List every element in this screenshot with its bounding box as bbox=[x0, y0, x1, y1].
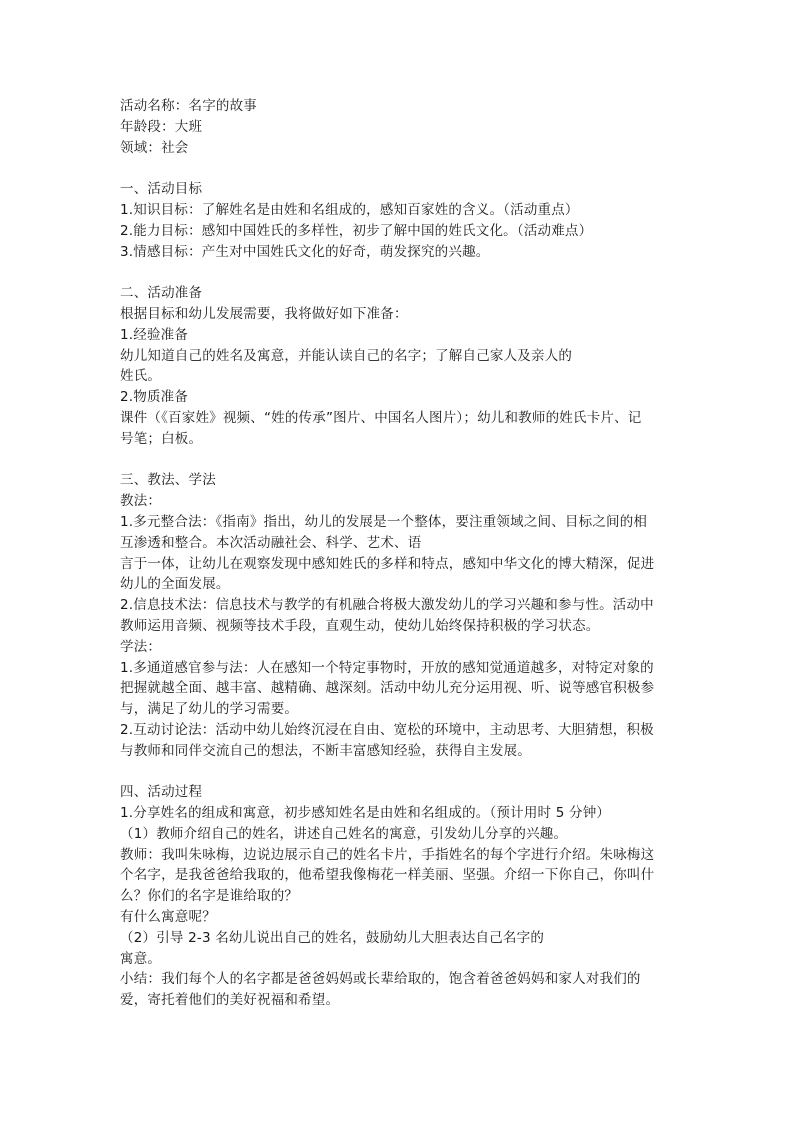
step-title: 1.分享姓名的组成和寓意，初步感知姓名是由姓和名组成的。（预计用时 5 分钟） bbox=[120, 803, 695, 824]
paragraph-line: 言于一体，让幼儿在观察发现中感知姓氏的多样和特点，感知中华文化的博大精深，促进 bbox=[120, 554, 695, 575]
activity-name: 活动名称：名字的故事 bbox=[120, 96, 695, 117]
section1-title: 一、活动目标 bbox=[120, 179, 695, 200]
domain-field: 领域：社会 bbox=[120, 138, 695, 159]
goal-item: 1.知识目标：了解姓名是由姓和名组成的，感知百家姓的含义。（活动重点） bbox=[120, 200, 695, 221]
paragraph-line: 小结：我们每个人的名字都是爸爸妈妈或长辈给取的，饱含着爸爸妈妈和家人对我们的 bbox=[120, 969, 695, 990]
learning-label: 学法： bbox=[120, 637, 695, 658]
paragraph-line: 教师：我叫朱咏梅，边说边展示自己的姓名卡片，手指姓名的每个字进行介绍。朱咏梅这 bbox=[120, 845, 695, 866]
paragraph-line: 号笔；白板。 bbox=[120, 429, 695, 450]
paragraph-line: 把握就越全面、越丰富、越精确、越深刻。活动中幼儿充分运用视、听、说等感官积极参 bbox=[120, 678, 695, 699]
prep-sub1-title: 1.经验准备 bbox=[120, 325, 695, 346]
paragraph-line: 个名字，是我爸爸给我取的，他希望我像梅花一样美丽、坚强。介绍一下你自己，你叫什 bbox=[120, 865, 695, 886]
paragraph-line: 幼儿知道自己的姓名及寓意，并能认读自己的名字；了解自己家人及亲人的 bbox=[120, 346, 695, 367]
paragraph-line: 爱，寄托着他们的美好祝福和希望。 bbox=[120, 990, 695, 1011]
paragraph-line: 2.互动讨论法：活动中幼儿始终沉浸在自由、宽松的环境中，主动思考、大胆猜想，积极 bbox=[120, 720, 695, 741]
section4-title: 四、活动过程 bbox=[120, 782, 695, 803]
age-group: 年龄段：大班 bbox=[120, 117, 695, 138]
spacer bbox=[120, 262, 695, 283]
paragraph-line: 1.多元整合法：《指南》指出，幼儿的发展是一个整体，要注重领域之间、目标之间的相 bbox=[120, 512, 695, 533]
document-page: 活动名称：名字的故事 年龄段：大班 领域：社会 一、活动目标 1.知识目标：了解… bbox=[120, 96, 695, 1011]
paragraph-line: 课件（《百家姓》视频、“姓的传承”图片、中国名人图片）；幼儿和教师的姓氏卡片、记 bbox=[120, 408, 695, 429]
section2-title: 二、活动准备 bbox=[120, 283, 695, 304]
goal-item: 3.情感目标：产生对中国姓氏文化的好奇，萌发探究的兴趣。 bbox=[120, 242, 695, 263]
teaching-label: 教法： bbox=[120, 491, 695, 512]
paragraph-line: 1.多通道感官参与法：人在感知一个特定事物时，开放的感知觉通道越多，对特定对象的 bbox=[120, 658, 695, 679]
paragraph-line: 与，满足了幼儿的学习需要。 bbox=[120, 699, 695, 720]
prep-sub2-title: 2.物质准备 bbox=[120, 387, 695, 408]
paragraph-line: （1）教师介绍自己的姓名，讲述自己姓名的寓意，引发幼儿分享的兴趣。 bbox=[120, 824, 695, 845]
section3-title: 三、教法、学法 bbox=[120, 470, 695, 491]
prep-intro: 根据目标和幼儿发展需要，我将做好如下准备： bbox=[120, 304, 695, 325]
paragraph-line: 姓氏。 bbox=[120, 366, 695, 387]
paragraph-line: （2）引导 2-3 名幼儿说出自己的姓名，鼓励幼儿大胆表达自己名字的 bbox=[120, 928, 695, 949]
paragraph-line: 幼儿的全面发展。 bbox=[120, 574, 695, 595]
spacer bbox=[120, 762, 695, 783]
spacer bbox=[120, 450, 695, 471]
goal-item: 2.能力目标：感知中国姓氏的多样性，初步了解中国的姓氏文化。（活动难点） bbox=[120, 221, 695, 242]
paragraph-line: 么？你们的名字是谁给取的？ bbox=[120, 886, 695, 907]
paragraph-line: 教师运用音频、视频等技术手段，直观生动，使幼儿始终保持积极的学习状态。 bbox=[120, 616, 695, 637]
paragraph-line: 寓意。 bbox=[120, 949, 695, 970]
paragraph-line: 与教师和同伴交流自己的想法，不断丰富感知经验，获得自主发展。 bbox=[120, 741, 695, 762]
spacer bbox=[120, 158, 695, 179]
paragraph-line: 2.信息技术法：信息技术与教学的有机融合将极大激发幼儿的学习兴趣和参与性。活动中 bbox=[120, 595, 695, 616]
paragraph-line: 互渗透和整合。本次活动融社会、科学、艺术、语 bbox=[120, 533, 695, 554]
paragraph-line: 有什么寓意呢？ bbox=[120, 907, 695, 928]
